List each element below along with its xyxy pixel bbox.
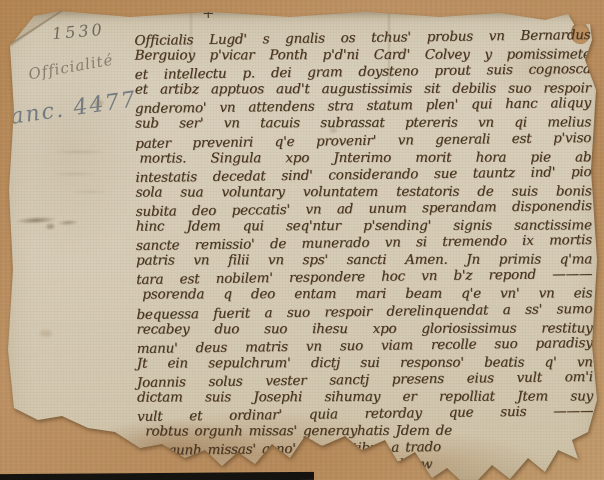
- pencil-year-annotation: 1530: [51, 20, 105, 44]
- pencil-series-annotation: Officialité: [27, 51, 115, 84]
- manuscript-scan: 1530 Officialité anc. 4477 + Officialis …: [0, 0, 604, 480]
- manuscript-text-block: Officialis Lugd' s gnalis os tchus' prob…: [134, 28, 593, 480]
- ink-smudge-stain: [6, 210, 79, 232]
- ink-cross-mark: +: [202, 4, 215, 22]
- document-paper: 1530 Officialité anc. 4477 + Officialis …: [0, 0, 604, 480]
- pencil-shelfmark-annotation: anc. 4477: [9, 87, 139, 130]
- foxing-spot: [40, 330, 52, 337]
- paper-wrap: 1530 Officialité anc. 4477 + Officialis …: [0, 0, 604, 480]
- manuscript-line: quedat sua ad trw: [305, 456, 593, 474]
- verso-show-through: [30, 140, 130, 200]
